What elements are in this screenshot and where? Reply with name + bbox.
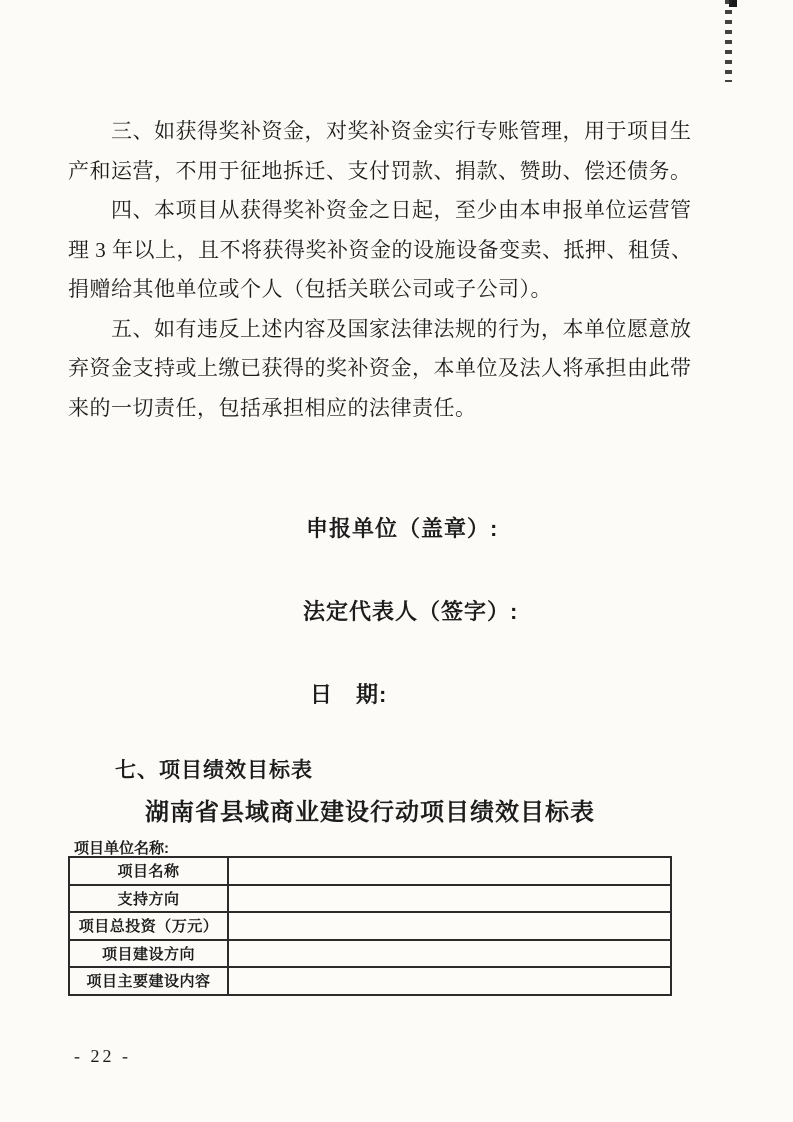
- row-value-support-direction: [228, 885, 671, 913]
- performance-target-table-title: 湖南省县域商业建设行动项目绩效目标表: [68, 792, 672, 827]
- clause-5-line-2: 弃资金支持或上缴已获得的奖补资金，本单位及法人将承担由此带: [68, 349, 654, 389]
- commitment-clauses: 三、如获得奖补资金，对奖补资金实行专账管理，用于项目生 产和运营，不用于征地拆迁…: [68, 112, 654, 428]
- scan-artifact-dashes: [725, 0, 732, 82]
- row-value-main-construction-content: [228, 967, 671, 995]
- performance-target-table: 项目名称 支持方向 项目总投资（万元） 项目建设方向 项目主要建设内容: [68, 856, 672, 996]
- row-label-support-direction: 支持方向: [69, 885, 228, 913]
- clause-4-line-2: 理 3 年以上，且不将获得奖补资金的设施设备变卖、抵押、租赁、: [68, 231, 654, 271]
- table-row: 项目主要建设内容: [69, 967, 671, 995]
- clause-3-line-1: 三、如获得奖补资金，对奖补资金实行专账管理，用于项目生: [68, 112, 654, 152]
- page-number: - 22 -: [74, 1046, 131, 1067]
- row-value-construction-direction: [228, 940, 671, 968]
- table-row: 支持方向: [69, 885, 671, 913]
- row-value-total-investment: [228, 912, 671, 940]
- row-label-construction-direction: 项目建设方向: [69, 940, 228, 968]
- project-unit-name-label: 项目单位名称:: [74, 837, 169, 858]
- row-label-project-name: 项目名称: [69, 857, 228, 885]
- table-row: 项目名称: [69, 857, 671, 885]
- clause-4-line-1: 四、本项目从获得奖补资金之日起，至少由本申报单位运营管: [68, 191, 654, 231]
- clause-5-line-3: 来的一切责任，包括承担相应的法律责任。: [68, 389, 654, 429]
- declaring-unit-seal-label: 申报单位（盖章）:: [306, 512, 498, 543]
- clause-3-line-2: 产和运营，不用于征地拆迁、支付罚款、捐款、赞助、偿还债务。: [68, 152, 654, 192]
- row-label-total-investment: 项目总投资（万元）: [69, 912, 228, 940]
- row-label-main-construction-content: 项目主要建设内容: [69, 967, 228, 995]
- legal-representative-signature-label: 法定代表人（签字）:: [303, 595, 518, 626]
- section-seven-heading: 七、项目绩效目标表: [115, 754, 313, 784]
- clause-4-line-3: 捐赠给其他单位或个人（包括关联公司或子公司）。: [68, 270, 654, 310]
- date-label: 日 期:: [310, 678, 387, 709]
- scanned-document-page: 三、如获得奖补资金，对奖补资金实行专账管理，用于项目生 产和运营，不用于征地拆迁…: [0, 0, 793, 1122]
- clause-5-line-1: 五、如有违反上述内容及国家法律法规的行为，本单位愿意放: [68, 310, 654, 350]
- row-value-project-name: [228, 857, 671, 885]
- table-row: 项目总投资（万元）: [69, 912, 671, 940]
- table-row: 项目建设方向: [69, 940, 671, 968]
